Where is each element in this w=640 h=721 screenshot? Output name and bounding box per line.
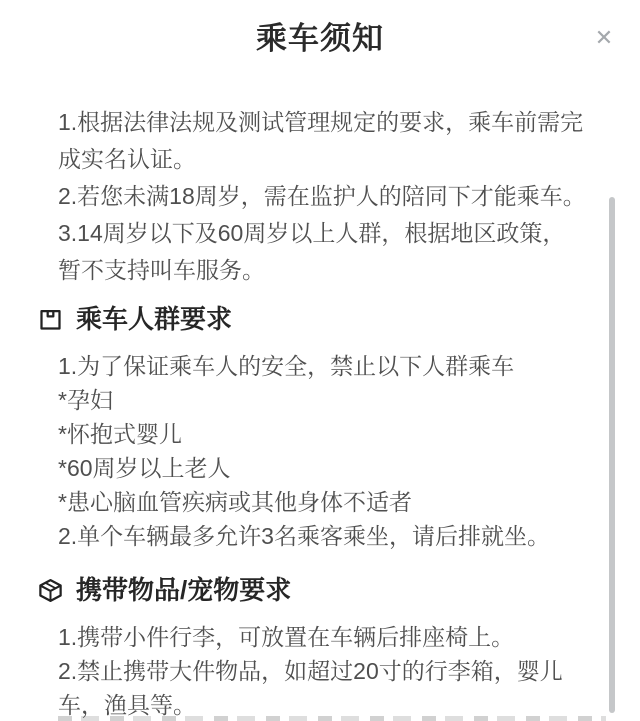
notice-line: 1.根据法律法规及测试管理规定的要求，乘车前需完成实名认证。 <box>58 104 588 178</box>
scrollbar-thumb[interactable] <box>609 197 615 713</box>
notice-line: *60周岁以上老人 <box>58 451 588 485</box>
notice-line: 2.禁止携带大件物品，如超过20寸的行李箱，婴儿车，渔具等。 <box>58 654 588 721</box>
notice-line: *患心脑血管疾病或其他身体不适者 <box>58 485 588 519</box>
close-icon[interactable]: ✕ <box>590 24 618 52</box>
section-title: 乘车人群要求 <box>76 301 232 337</box>
modal-content: 1.根据法律法规及测试管理规定的要求，乘车前需完成实名认证。 2.若您未满18周… <box>0 104 614 721</box>
items-pets-requirements-list: 1.携带小件行李，可放置在车辆后排座椅上。 2.禁止携带大件物品，如超过20寸的… <box>58 620 588 721</box>
notice-line: 2.若您未满18周岁，需在监护人的陪同下才能乘车。 <box>58 178 588 215</box>
modal-header: 乘车须知 ✕ <box>0 0 640 58</box>
passenger-requirements-list: 1.为了保证乘车人的安全，禁止以下人群乘车 *孕妇 *怀抱式婴儿 *60周岁以上… <box>58 349 588 553</box>
cutoff-text-line <box>58 716 606 721</box>
passenger-requirements-icon <box>36 305 64 333</box>
scrollbar-track <box>622 0 640 721</box>
intro-paragraphs: 1.根据法律法规及测试管理规定的要求，乘车前需完成实名认证。 2.若您未满18周… <box>58 104 588 289</box>
notice-line: *孕妇 <box>58 383 588 417</box>
notice-line: *怀抱式婴儿 <box>58 417 588 451</box>
notice-line: 2.单个车辆最多允许3名乘客乘坐，请后排就坐。 <box>58 519 588 553</box>
ride-notice-modal: 乘车须知 ✕ 1.根据法律法规及测试管理规定的要求，乘车前需完成实名认证。 2.… <box>0 0 640 721</box>
notice-line: 3.14周岁以下及60周岁以上人群，根据地区政策，暂不支持叫车服务。 <box>58 215 588 289</box>
package-icon <box>36 576 64 604</box>
section-passenger-requirements: 乘车人群要求 <box>36 301 588 337</box>
notice-line: 1.为了保证乘车人的安全，禁止以下人群乘车 <box>58 349 588 383</box>
section-items-pets-requirements: 携带物品/宠物要求 <box>36 572 588 608</box>
section-title: 携带物品/宠物要求 <box>76 572 291 608</box>
notice-line: 1.携带小件行李，可放置在车辆后排座椅上。 <box>58 620 588 654</box>
modal-title: 乘车须知 <box>0 20 640 58</box>
